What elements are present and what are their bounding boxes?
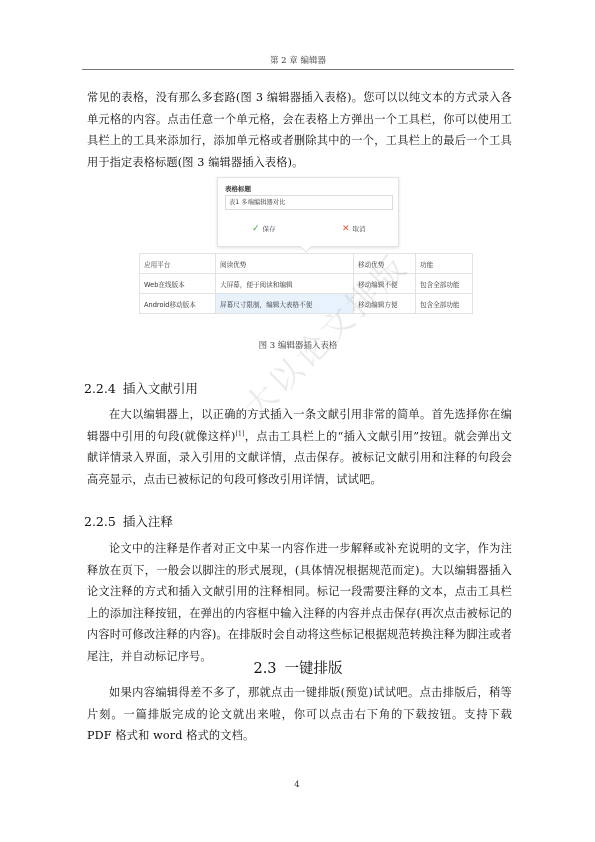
table-cell[interactable]: 阅读优势: [216, 254, 354, 274]
save-button-label: 保存: [263, 224, 276, 233]
popup-arrow: [300, 241, 311, 252]
table-cell[interactable]: 包含全部功能: [416, 294, 473, 314]
running-header: 第 2 章 编辑器: [82, 54, 514, 70]
section-heading-2-2-5: 2.2.5插入注释: [84, 512, 173, 530]
section-title: 一键排版: [285, 661, 343, 677]
cancel-button[interactable]: ✕ 取消: [342, 224, 366, 233]
section-number: 2.2.4: [84, 381, 116, 396]
intro-paragraph: 常见的表格，没有那么多套路(图 3 编辑器插入表格)。您可以以纯文本的方式录入各…: [87, 87, 512, 173]
page-number: 4: [282, 780, 312, 790]
cancel-button-label: 取消: [353, 224, 366, 233]
table-cell[interactable]: 功能: [416, 254, 473, 274]
section-2-2-5-paragraph: 论文中的注释是作者对正文中某一内容作进一步解释或补充说明的文字，作为注释放在页下…: [87, 538, 512, 667]
figure-caption: 图 3 编辑器插入表格: [82, 339, 514, 351]
comparison-table: 应用平台 阅读优势 移动优势 功能 Web在线版本 大屏幕，便于阅读和编辑 移动…: [139, 253, 473, 314]
section-title: 插入文献引用: [123, 381, 198, 396]
table-cell[interactable]: 应用平台: [140, 254, 216, 274]
x-icon: ✕: [342, 225, 350, 233]
table-cell[interactable]: 移动编辑不便: [354, 274, 416, 294]
save-button[interactable]: ✓ 保存: [252, 224, 276, 233]
section-heading-2-2-4: 2.2.4插入文献引用: [84, 379, 198, 397]
check-icon: ✓: [252, 225, 260, 233]
table-cell[interactable]: Android移动版本: [140, 294, 216, 314]
table-cell-selected[interactable]: 屏幕尺寸限制，编辑大表格不便: [216, 294, 354, 314]
section-number: 2.2.5: [84, 514, 116, 529]
table-title-popup: 表格标题 表1 多端编辑器对比 ✓ 保存 ✕ 取消: [217, 177, 399, 247]
section-title: 插入注释: [123, 514, 173, 529]
section-number: 2.3: [253, 661, 276, 677]
table-row: Web在线版本 大屏幕，便于阅读和编辑 移动编辑不便 包含全部功能: [140, 274, 473, 294]
section-2-3-paragraph: 如果内容编辑得差不多了，那就点击一键排版(预览)试试吧。点击排版后，稍等片刻。一…: [87, 682, 512, 747]
table-cell[interactable]: 移动优势: [354, 254, 416, 274]
table-title-label: 表格标题: [225, 184, 251, 193]
table-row: Android移动版本 屏幕尺寸限制，编辑大表格不便 移动编辑方便 包含全部功能: [140, 294, 473, 314]
table-cell[interactable]: Web在线版本: [140, 274, 216, 294]
section-heading-2-3: 2.3一键排版: [82, 657, 514, 678]
table-title-input[interactable]: 表1 多端编辑器对比: [225, 195, 393, 210]
section-2-2-4-paragraph: 在大以编辑器上，以正确的方式插入一条文献引用非常的简单。首先选择你在编辑器中引用…: [87, 404, 512, 490]
table-header-row: 应用平台 阅读优势 移动优势 功能: [140, 254, 473, 274]
table-cell[interactable]: 大屏幕，便于阅读和编辑: [216, 274, 354, 294]
table-cell[interactable]: 移动编辑方便: [354, 294, 416, 314]
table-cell[interactable]: 包含全部功能: [416, 274, 473, 294]
